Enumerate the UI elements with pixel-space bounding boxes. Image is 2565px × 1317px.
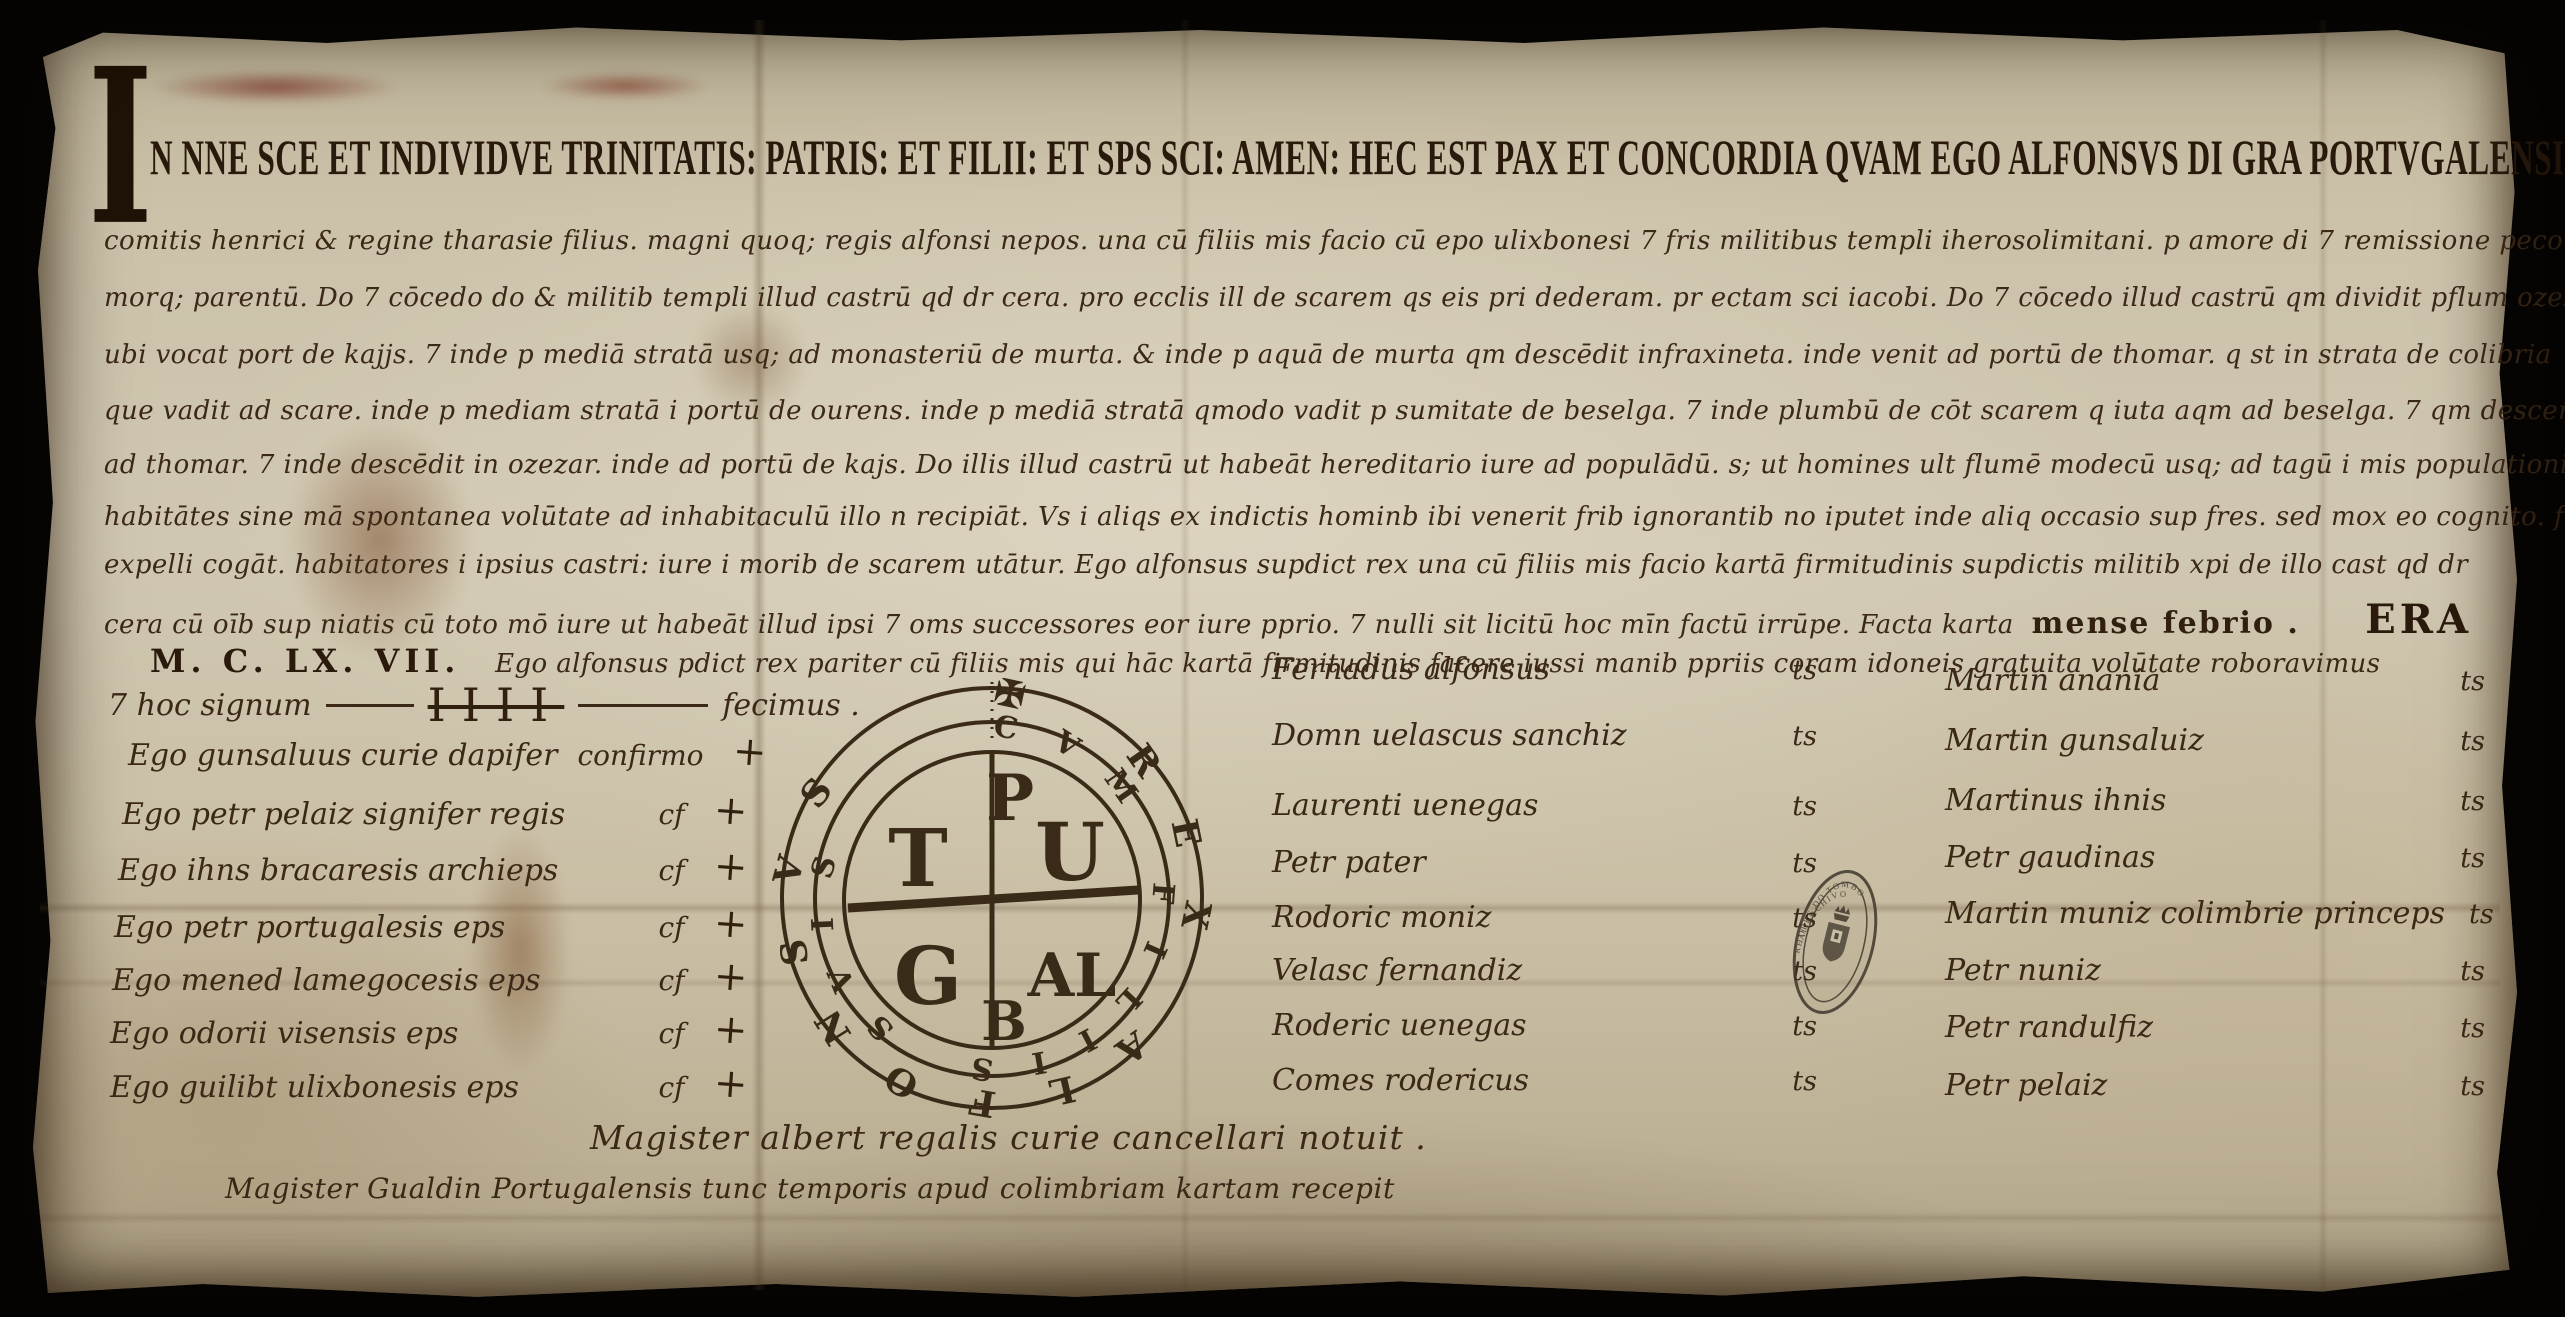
charter-photograph: I N NNE SCE ET INDIVIDVE TRINITATIS: PAT… xyxy=(0,0,2565,1317)
photo-vignette xyxy=(0,0,2565,1317)
